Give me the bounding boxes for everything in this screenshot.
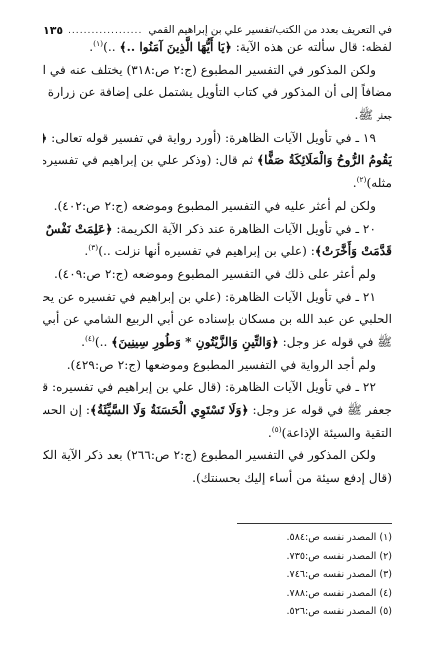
body-line: ولم أجد الرواية في التفسير المطبوع وموضع… [43,354,392,377]
line-text: مثله) [366,176,392,190]
line-text: ١٩ ـ في تأويل الآيات الظاهرة: (أورد رواي… [47,131,376,145]
body-line: ﷺ في قوله عز وجل: ﴿وَالتِّينِ وَالزَّيْت… [43,331,392,354]
body-line: ٢٢ ـ في تأويل الآيات الظاهرة: (قال علي ب… [43,376,392,399]
line-text: ﷺ في قوله عز وجل: [279,335,392,349]
body-line: لفظه: قال سألته عن هذه الآية: ﴿يَا أَيُّ… [43,36,392,59]
body-line: التقية والسيئة الإذاعة)(٥). [43,422,392,445]
body-line: جعفر ﷺ في قوله عز وجل: ﴿وَلَا تَسْتَوِي … [43,399,392,422]
line-text: ٢٠ ـ في تأويل الآيات الظاهرة عند ذكر الآ… [113,222,376,236]
footnote-3: (٣) المصدر نفسه ص:٧٤٦. [43,566,392,585]
body-line: ٢١ ـ في تأويل الآيات الظاهرة: (علي بن إب… [43,286,392,309]
footnotes: (١) المصدر نفسه ص:٥٨٤. (٢) المصدر نفسه ص… [43,529,392,622]
body-line: الحلبي عن عبد الله بن مسكان بإسناده عن أ… [43,308,392,331]
body-line: ولكن المذكور في التفسير المطبوع (ج:٢ ص:٢… [43,444,392,467]
footnote-marker: (٥) [272,425,282,434]
footnote-marker: (٤) [85,334,95,343]
line-text: ولم أعثر على ذلك في التفسير المطبوع وموض… [54,267,376,281]
line-text: ..) [95,335,111,349]
line-text: مضافاً إلى أن المذكور في كتاب التأويل يش… [43,85,392,99]
body-line: يَقُومُ الرُّوحُ وَالْمَلَائِكَةُ صَفًّا… [43,149,392,172]
footnote-2: (٢) المصدر نفسه ص:٧٣٥. [43,548,392,567]
line-text: ..) [103,40,119,54]
body-line: مثله)(٢). [43,172,392,195]
line-text: ولم أجد الرواية في التفسير المطبوع وموضع… [67,358,376,372]
footnote-marker: (٢) [357,175,367,184]
line-text: ٢١ ـ في تأويل الآيات الظاهرة: (علي بن إب… [43,290,376,304]
quran-verse: يَقُومُ الرُّوحُ وَالْمَلَائِكَةُ صَفًّا… [257,153,392,167]
quran-verse: ﴿وَلَا تَسْتَوِي الْحَسَنَةُ وَلَا السَّ… [90,403,249,417]
body-line: (قال إدفع سيئة من أساء إليك بحسنتك). [43,467,392,490]
line-text: ولكن المذكور في التفسير المطبوع (ج:٢ ص:٣… [43,63,376,77]
body-line: ١٩ ـ في تأويل الآيات الظاهرة: (أورد رواي… [43,127,392,150]
footnote-1: (١) المصدر نفسه ص:٥٨٤. [43,529,392,548]
footnote-4: (٤) المصدر نفسه ص:٧٨٨. [43,585,392,604]
body-line: ٢٠ ـ في تأويل الآيات الظاهرة عند ذكر الآ… [43,218,392,241]
line-text: (قال إدفع سيئة من أساء إليك بحسنتك). [192,471,392,485]
body-line: ولكن لم أعثر عليه في التفسير المطبوع ومو… [43,195,392,218]
line-text: التقية والسيئة الإذاعة) [282,426,392,440]
header-leader-dots: ........................................… [69,24,142,36]
line-text: ثم قال: (وذكر علي بن إبراهيم في تفسيره [43,153,257,167]
line-text: جعفر ﷺ في قوله عز وجل: [249,403,392,417]
footnote-separator [237,523,392,524]
quran-verse: ﴿وَالتِّينِ وَالزَّيْتُونِ * وَطُورِ سِي… [111,335,279,349]
line-text: : (علي بن إبراهيم في تفسيره أنها نزلت ..… [98,244,315,258]
body-text: لفظه: قال سألته عن هذه الآية: ﴿يَا أَيُّ… [43,36,392,490]
body-line: ولكن المذكور في التفسير المطبوع (ج:٢ ص:٣… [43,59,392,82]
line-text: جعفر ﷺ. [354,108,392,122]
footnote-marker: (١) [93,39,103,48]
line-text: ٢٢ ـ في تأويل الآيات الظاهرة: (قال علي ب… [43,380,376,394]
body-line: قَدَّمَتْ وَأَخَّرَتْ﴾: (علي بن إبراهيم … [43,240,392,263]
line-text: ولكن لم أعثر عليه في التفسير المطبوع ومو… [54,199,376,213]
body-line: جعفر ﷺ. [43,104,392,127]
quran-verse: ﴿يَا أَيُّهَا الَّذِينَ آمَنُوا ..﴾ [119,40,231,54]
line-text: : إن الحسنة [43,403,90,417]
line-text: لفظه: قال سألته عن هذه الآية: [232,40,392,54]
quran-verse: قَدَّمَتْ وَأَخَّرَتْ﴾ [315,244,392,258]
book-page: في التعريف بعدد من الكتب/تفسير علي بن إب… [0,0,436,648]
quran-verse: ﴿عَلِمَتْ نَفْسٌ مَا [43,222,113,236]
line-text: ولكن المذكور في التفسير المطبوع (ج:٢ ص:٢… [43,448,376,462]
header-title: في التعريف بعدد من الكتب/تفسير علي بن إب… [148,24,392,36]
body-line: مضافاً إلى أن المذكور في كتاب التأويل يش… [43,81,392,104]
body-line: ولم أعثر على ذلك في التفسير المطبوع وموض… [43,263,392,286]
page-number: ١٣٥ [43,24,63,37]
line-text: الحلبي عن عبد الله بن مسكان بإسناده عن أ… [43,312,392,326]
footnote-5: (٥) المصدر نفسه ص:٥٢٦. [43,603,392,622]
footnote-marker: (٣) [88,243,98,252]
